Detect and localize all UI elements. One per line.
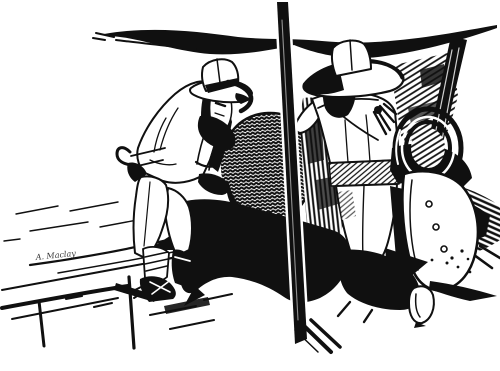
support-sticks — [295, 320, 340, 352]
shadow-spike — [429, 281, 497, 301]
illustration-svg: A. Maclay — [0, 0, 500, 371]
awning-edge — [93, 25, 497, 58]
cartridge-belt — [329, 160, 399, 186]
cowboy-ink-sketch: A. Maclay — [0, 0, 500, 371]
stirrup — [409, 286, 434, 328]
